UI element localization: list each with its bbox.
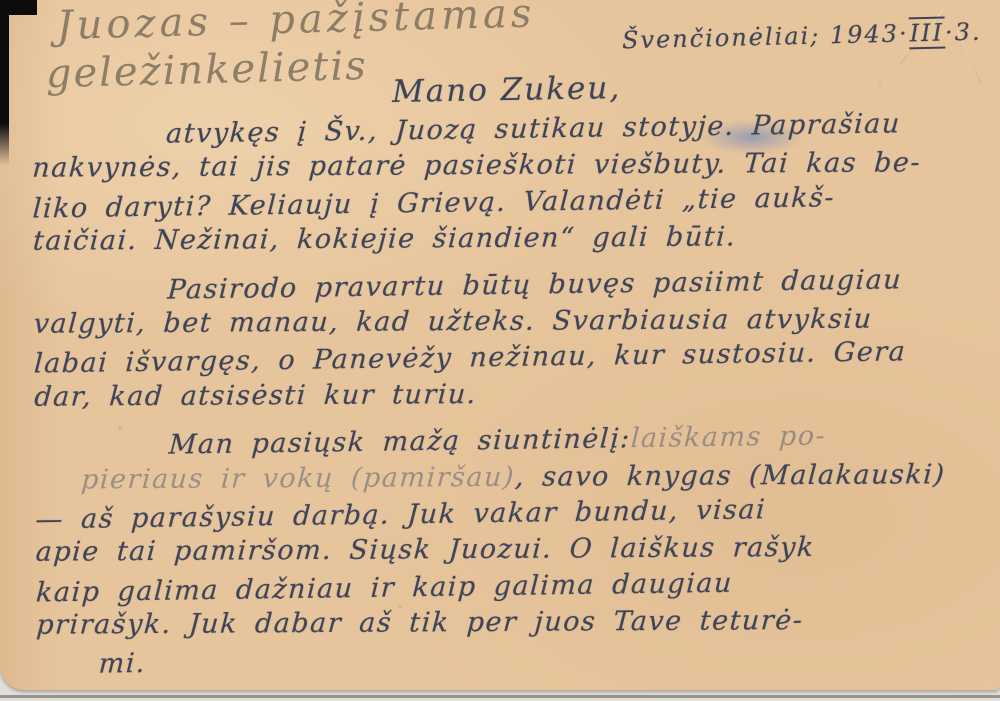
- scan-left-edge: [0, 0, 9, 165]
- dateline-month-roman: III: [909, 17, 946, 50]
- dateline: Švenčionėliai; 1943·III·3.: [622, 18, 982, 55]
- scan-bottom-edge: [0, 695, 1000, 698]
- scan-corner-edge: [0, 0, 37, 15]
- dateline-city: Švenčionėliai;: [622, 22, 821, 55]
- letter-line: dar, kad atsisėsti kur turiu.: [34, 376, 990, 418]
- letter-line: taičiai. Nežinai, kokiejie šiandien“ gal…: [33, 220, 989, 262]
- dateline-year: 1943·: [830, 19, 909, 49]
- dateline-day: ·3.: [945, 18, 982, 47]
- salutation: Mano Zukeu,: [392, 70, 622, 110]
- letter-body: atvykęs į Šv., Juozą sutikau stotyje. Pa…: [32, 110, 993, 684]
- postcard-paper: Juozas – pažįstamas geležinkelietis Šven…: [0, 0, 1000, 690]
- scanned-postcard: Juozas – pažįstamas geležinkelietis Šven…: [0, 0, 1000, 701]
